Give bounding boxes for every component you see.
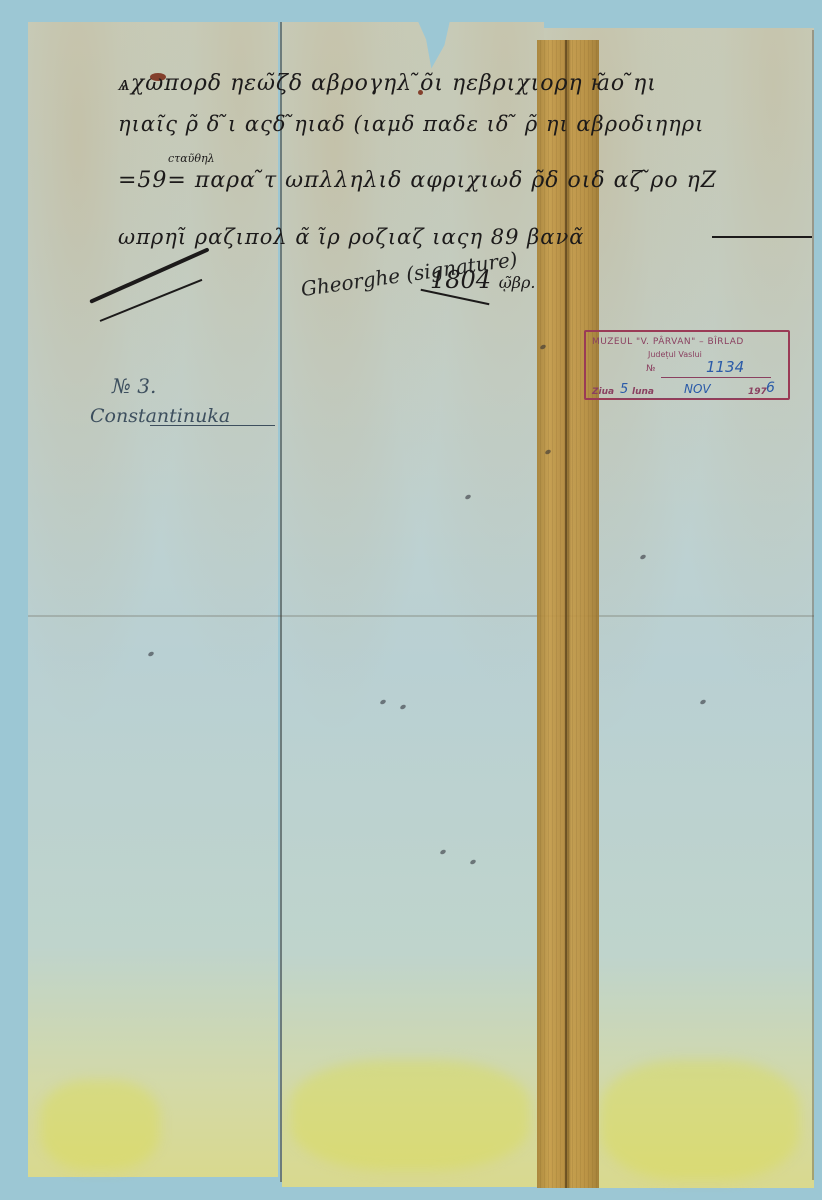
stamp-year-value: 6 [766, 380, 775, 396]
stamp-month-label: luna [632, 387, 654, 397]
date-year: 1804 ῳ̃βρ. [430, 266, 536, 294]
closing-rule [712, 236, 812, 238]
year-text: 1804 [430, 266, 491, 294]
yellow-stain [40, 1080, 160, 1170]
stamp-county: Județul Vaslui [648, 350, 702, 359]
pencil-name: Constantinuka [90, 405, 230, 427]
stamp-number-line [661, 377, 771, 378]
stamp-day-label: Ziua [592, 387, 614, 397]
fold-line-horizontal [28, 615, 814, 617]
museum-stamp: MUZEUL "V. PÂRVAN" – BÎRLAD Județul Vasl… [584, 330, 790, 400]
stamp-year-prefix: 197 [748, 387, 767, 397]
stamp-date-line [616, 398, 746, 399]
repair-tape [537, 40, 599, 1188]
year-suffix: ῳ̃βρ. [499, 273, 536, 292]
fold-line-vertical [812, 30, 814, 1180]
stamp-institution: MUZEUL "V. PÂRVAN" – BÎRLAD [592, 337, 744, 347]
stamp-day-value: 5 [620, 382, 628, 397]
manuscript-line-3: =59= παρα ̃τ ωπλληλιδ αφριχιωδ ρ̃δ οιδ α… [118, 168, 717, 193]
pencil-underline [150, 425, 275, 426]
pencil-number: № 3. [112, 374, 156, 398]
stamp-number-label: № [646, 364, 655, 374]
paper-panel-middle [282, 22, 544, 1187]
repair-tape-seam [565, 40, 567, 1188]
manuscript-line-1: ѧχωπορδ ηεω̃ζδ αβρογηλ ̃ο̃ι ηεβριχιορη ꙗ… [118, 70, 657, 96]
manuscript-line-2: ηιαῖς ρ̃ δ ̃ι αςδ ̃ηιαδ (ιαμδ παδε ιδ ̃ … [118, 112, 704, 136]
stamp-month-value: NOV [684, 382, 711, 396]
paper-panel-left [28, 22, 278, 1177]
yellow-stain [600, 1060, 800, 1180]
yellow-stain [290, 1060, 530, 1170]
interlinear-note: ϲταῦθηλ [168, 152, 215, 165]
fold-line-vertical [280, 22, 282, 1182]
stamp-number-value: 1134 [706, 358, 744, 376]
manuscript-line-4: ωπρηι̃ ραζιπολ α̃ ι̃ρ ροζιαζ ιαςη 89 βαν… [118, 225, 584, 249]
